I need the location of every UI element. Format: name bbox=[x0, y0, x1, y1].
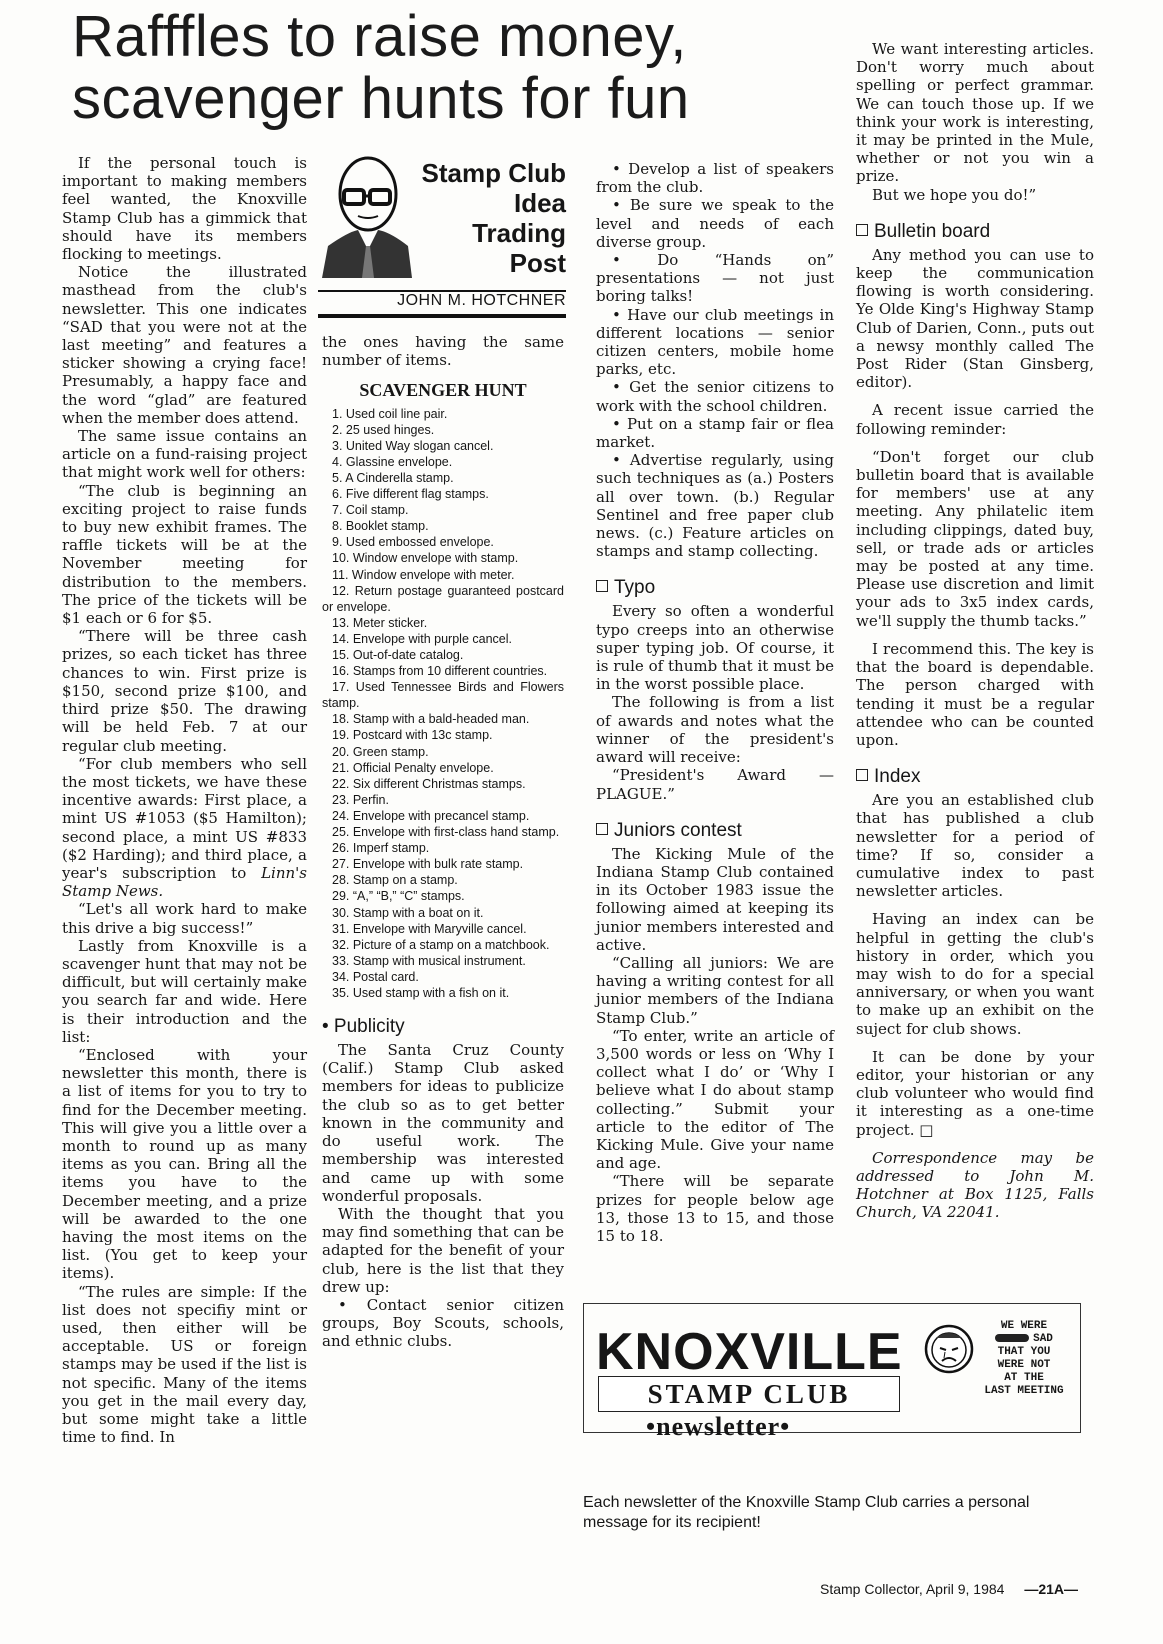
paragraph: “The club is beginning an exciting proje… bbox=[62, 482, 307, 628]
column-3: • Develop a list of speakers from the cl… bbox=[596, 160, 834, 1245]
paragraph: We want interesting articles. Don't worr… bbox=[856, 40, 1094, 186]
scavenger-hunt-item: 35. Used stamp with a fish on it. bbox=[322, 985, 564, 1001]
heading-text: Bulletin board bbox=[874, 221, 990, 242]
scavenger-hunt-item: 19. Postcard with 13c stamp. bbox=[322, 727, 564, 743]
sticker-line: LAST MEETING bbox=[976, 1385, 1072, 1398]
scavenger-hunt-item: 8. Booklet stamp. bbox=[322, 518, 564, 534]
paragraph: “For club members who sell the most tick… bbox=[62, 755, 307, 901]
scavenger-hunt-item: 30. Stamp with a boat on it. bbox=[322, 905, 564, 921]
page-number: —21A— bbox=[1024, 1581, 1078, 1597]
masthead-name: KNOXVILLE bbox=[596, 1326, 903, 1378]
paragraph: • Contact senior citizen groups, Boy Sco… bbox=[322, 1296, 564, 1351]
paragraph: “To enter, write an article of 3,500 wor… bbox=[596, 1027, 834, 1173]
divider bbox=[318, 314, 566, 318]
scavenger-hunt-item: 3. United Way slogan cancel. bbox=[322, 438, 564, 454]
logo-line: Idea bbox=[422, 188, 566, 218]
typo-heading: Typo bbox=[596, 576, 834, 600]
paragraph: The same issue contains an article on a … bbox=[62, 427, 307, 482]
crying-face-icon bbox=[924, 1324, 974, 1374]
paragraph: “The rules are simple: If the list does … bbox=[62, 1283, 307, 1447]
paragraph: I recommend this. The key is that the bo… bbox=[856, 640, 1094, 749]
sticker-line: WERE NOT bbox=[976, 1359, 1072, 1372]
knoxville-masthead: KNOXVILLE STAMP CLUB •newsletter• WE WER… bbox=[583, 1303, 1081, 1433]
checkbox-icon bbox=[856, 769, 868, 781]
headline-line-1: Rafffles to raise money, bbox=[72, 6, 772, 68]
paragraph: “President's Award — PLAGUE.” bbox=[596, 766, 834, 802]
paragraph: A recent issue carried the following rem… bbox=[856, 401, 1094, 437]
paragraph-text: “For club members who sell the most tick… bbox=[62, 755, 307, 882]
columnist-portrait-icon bbox=[318, 150, 414, 278]
arrow-icon bbox=[995, 1334, 1029, 1342]
bullet-item: • Have our club meetings in different lo… bbox=[596, 306, 834, 379]
column-logo: Stamp Club Idea Trading Post JOHN M. HOT… bbox=[318, 150, 566, 320]
paragraph: “There will be three cash prizes, so eac… bbox=[62, 627, 307, 754]
scavenger-hunt-item: 32. Picture of a stamp on a matchbook. bbox=[322, 937, 564, 953]
paragraph: Having an index can be helpful in gettin… bbox=[856, 910, 1094, 1037]
page-footer: Stamp Collector, April 9, 1984 —21A— bbox=[820, 1581, 1078, 1597]
scavenger-hunt-item: 10. Window envelope with stamp. bbox=[322, 550, 564, 566]
scavenger-hunt-list: 1. Used coil line pair.2. 25 used hinges… bbox=[322, 406, 564, 1001]
paragraph: With the thought that you may find somet… bbox=[322, 1205, 564, 1296]
paragraph: It can be done by your editor, your hist… bbox=[856, 1048, 1094, 1139]
masthead-newsletter: •newsletter• bbox=[646, 1412, 790, 1442]
quote: “Don't forget our club bulletin board th… bbox=[856, 448, 1094, 630]
heading-text: Index bbox=[874, 766, 920, 787]
bullet-item: • Do “Hands on” presentations — not just… bbox=[596, 251, 834, 306]
column-2: the ones having the same number of items… bbox=[322, 333, 564, 1351]
logo-line: Post bbox=[422, 248, 566, 278]
scavenger-hunt-item: 28. Stamp on a stamp. bbox=[322, 872, 564, 888]
publicity-heading: • Publicity bbox=[322, 1015, 564, 1039]
paragraph: “Let's all work hard to make this drive … bbox=[62, 900, 307, 936]
scavenger-hunt-item: 9. Used embossed envelope. bbox=[322, 534, 564, 550]
headline-line-2: scavenger hunts for fun bbox=[72, 68, 772, 130]
bullet-item: • Develop a list of speakers from the cl… bbox=[596, 160, 834, 196]
heading-text: Juniors contest bbox=[614, 820, 742, 841]
publication-date: Stamp Collector, April 9, 1984 bbox=[820, 1581, 1004, 1597]
correspondence-note: Correspondence may be addressed to John … bbox=[856, 1149, 1094, 1222]
bullet-item: • Advertise regularly, using such techni… bbox=[596, 451, 834, 560]
scavenger-hunt-item: 15. Out-of-date catalog. bbox=[322, 647, 564, 663]
heading-text: Typo bbox=[614, 577, 655, 598]
scavenger-hunt-item: 20. Green stamp. bbox=[322, 744, 564, 760]
paragraph: Are you an established club that has pub… bbox=[856, 791, 1094, 900]
scavenger-hunt-item: 1. Used coil line pair. bbox=[322, 406, 564, 422]
scavenger-hunt-item: 5. A Cinderella stamp. bbox=[322, 470, 564, 486]
paragraph: Every so often a wonderful typo creeps i… bbox=[596, 602, 834, 693]
sticker-line: THAT YOU bbox=[976, 1346, 1072, 1359]
column-4: We want interesting articles. Don't worr… bbox=[856, 40, 1094, 1222]
scavenger-hunt-item: 27. Envelope with bulk rate stamp. bbox=[322, 856, 564, 872]
scavenger-hunt-item: 7. Coil stamp. bbox=[322, 502, 564, 518]
scavenger-hunt-item: 13. Meter sticker. bbox=[322, 615, 564, 631]
scavenger-hunt-item: 29. “A,” “B,” “C” stamps. bbox=[322, 888, 564, 904]
paragraph: Any method you can use to keep the commu… bbox=[856, 246, 1094, 392]
masthead-caption: Each newsletter of the Knoxville Stamp C… bbox=[583, 1493, 1083, 1533]
sticker-line: WE WERE bbox=[976, 1320, 1072, 1333]
juniors-heading: Juniors contest bbox=[596, 819, 834, 843]
scavenger-hunt-item: 18. Stamp with a bald-headed man. bbox=[322, 711, 564, 727]
bullet-item: • Be sure we speak to the level and need… bbox=[596, 196, 834, 251]
scavenger-hunt-item: 17. Used Tennessee Birds and Flowers sta… bbox=[322, 679, 564, 711]
author-byline: JOHN M. HOTCHNER bbox=[397, 292, 566, 310]
sticker-line: AT THE bbox=[976, 1372, 1072, 1385]
scavenger-hunt-item: 31. Envelope with Maryville cancel. bbox=[322, 921, 564, 937]
scavenger-hunt-item: 24. Envelope with precancel stamp. bbox=[322, 808, 564, 824]
scavenger-hunt-title: SCAVENGER HUNT bbox=[322, 381, 564, 399]
checkbox-icon bbox=[596, 823, 608, 835]
scavenger-hunt-item: 11. Window envelope with meter. bbox=[322, 567, 564, 583]
masthead-club: STAMP CLUB bbox=[598, 1376, 900, 1412]
bullet-item: • Put on a stamp fair or flea market. bbox=[596, 415, 834, 451]
logo-line: Trading bbox=[422, 218, 566, 248]
scavenger-hunt-item: 4. Glassine envelope. bbox=[322, 454, 564, 470]
scavenger-hunt-item: 2. 25 used hinges. bbox=[322, 422, 564, 438]
paragraph: Notice the illustrated masthead from the… bbox=[62, 263, 307, 427]
bulletin-board-heading: Bulletin board bbox=[856, 220, 1094, 244]
scavenger-hunt-item: 33. Stamp with musical instrument. bbox=[322, 953, 564, 969]
scavenger-hunt-item: 12. Return postage guaranteed postcard o… bbox=[322, 583, 564, 615]
paragraph: the ones having the same number of items… bbox=[322, 333, 564, 369]
scavenger-hunt-item: 21. Official Penalty envelope. bbox=[322, 760, 564, 776]
scavenger-hunt-item: 23. Perfin. bbox=[322, 792, 564, 808]
sticker-word: SAD bbox=[1033, 1333, 1053, 1345]
logo-line: Stamp Club bbox=[422, 158, 566, 188]
sad-sticker-text: WE WERE SAD THAT YOU WERE NOT AT THE LAS… bbox=[976, 1320, 1072, 1398]
scavenger-hunt-item: 26. Imperf stamp. bbox=[322, 840, 564, 856]
scavenger-hunt-item: 25. Envelope with first-class hand stamp… bbox=[322, 824, 564, 840]
sticker-line: SAD bbox=[976, 1333, 1072, 1346]
paragraph: The following is from a list of awards a… bbox=[596, 693, 834, 766]
scavenger-hunt-item: 16. Stamps from 10 different countries. bbox=[322, 663, 564, 679]
index-heading: Index bbox=[856, 765, 1094, 789]
paragraph: “There will be separate prizes for peopl… bbox=[596, 1172, 834, 1245]
scavenger-hunt-item: 6. Five different flag stamps. bbox=[322, 486, 564, 502]
column-1: If the personal touch is important to ma… bbox=[62, 154, 307, 1446]
headline: Rafffles to raise money, scavenger hunts… bbox=[72, 6, 772, 130]
paragraph: If the personal touch is important to ma… bbox=[62, 154, 307, 263]
paragraph: Lastly from Knoxville is a scavenger hun… bbox=[62, 937, 307, 1046]
scavenger-hunt-item: 22. Six different Christmas stamps. bbox=[322, 776, 564, 792]
paragraph: The Kicking Mule of the Indiana Stamp Cl… bbox=[596, 845, 834, 954]
paragraph: “Calling all juniors: We are having a wr… bbox=[596, 954, 834, 1027]
checkbox-icon bbox=[596, 580, 608, 592]
bullet-item: • Get the senior citizens to work with t… bbox=[596, 378, 834, 414]
column-logo-title: Stamp Club Idea Trading Post bbox=[422, 158, 566, 278]
paragraph: The Santa Cruz County (Calif.) Stamp Clu… bbox=[322, 1041, 564, 1205]
checkbox-icon bbox=[856, 224, 868, 236]
paragraph: But we hope you do!” bbox=[856, 186, 1094, 204]
scavenger-hunt-item: 14. Envelope with purple cancel. bbox=[322, 631, 564, 647]
paragraph: “Enclosed with your newsletter this mont… bbox=[62, 1046, 307, 1283]
scavenger-hunt-item: 34. Postal card. bbox=[322, 969, 564, 985]
